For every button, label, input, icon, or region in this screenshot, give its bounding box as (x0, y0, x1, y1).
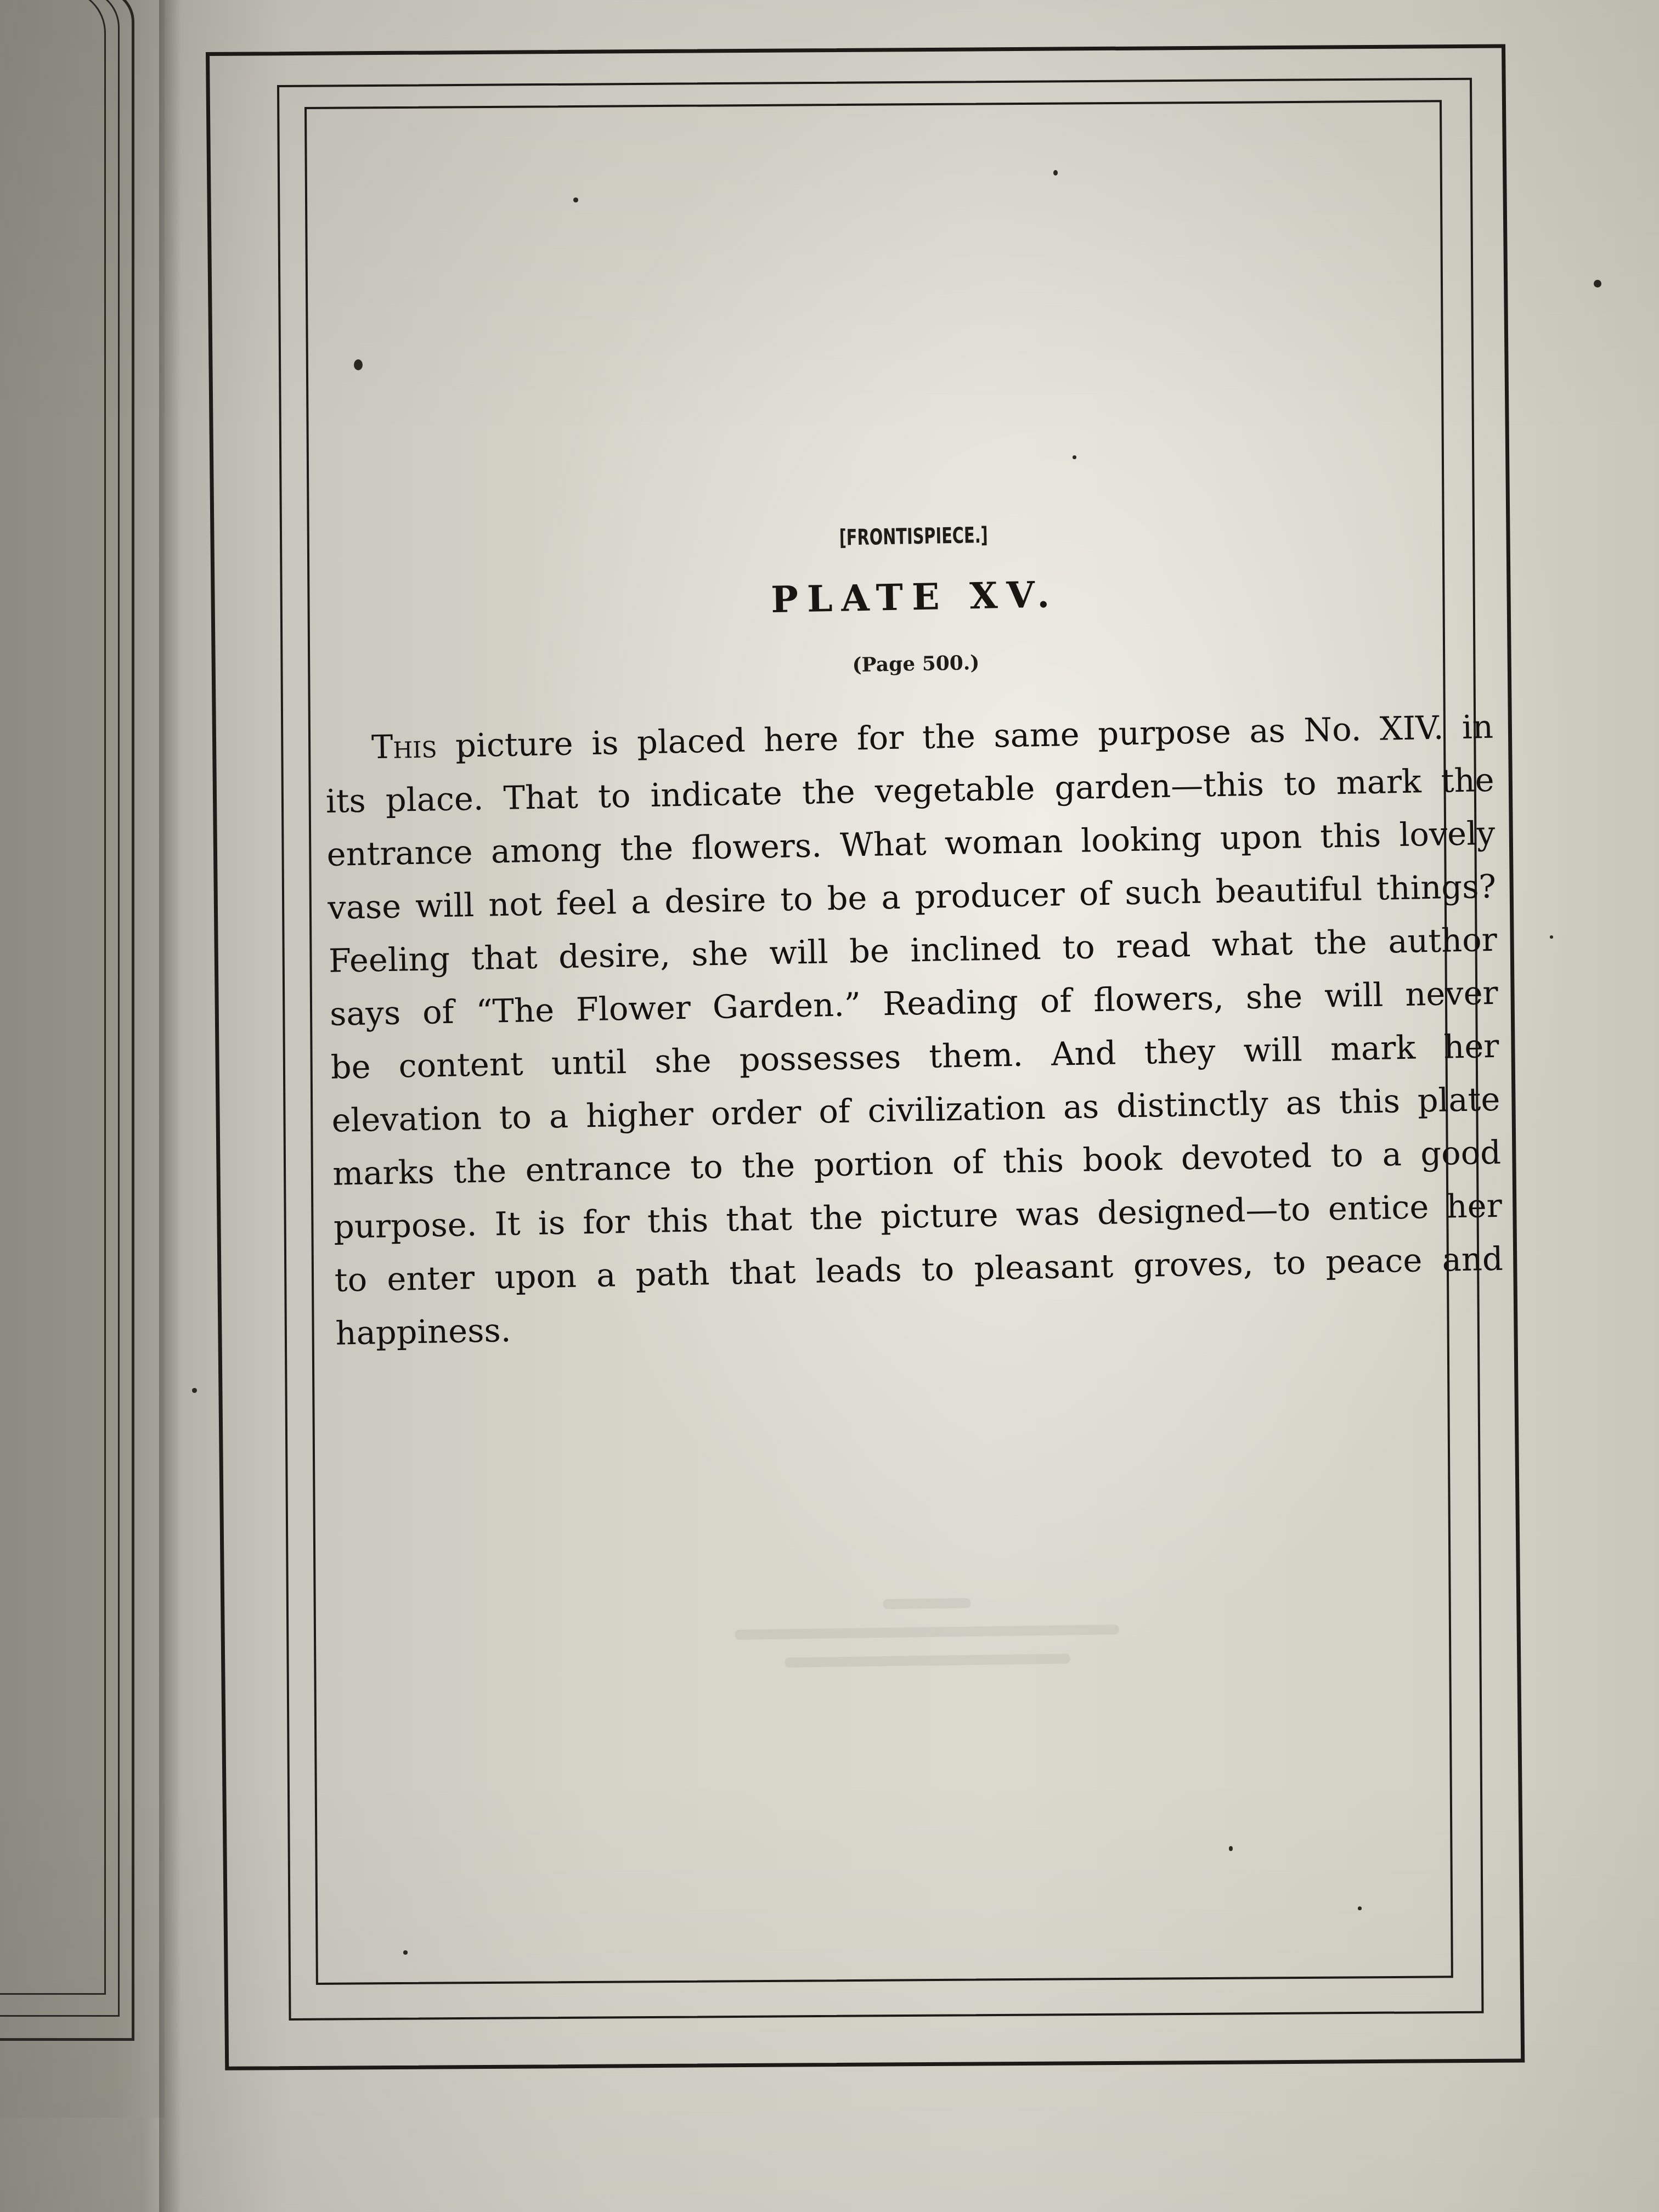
bleed-through-line (883, 1598, 970, 1609)
bleed-through-marks (707, 1577, 1148, 1687)
paper-speck (1358, 1906, 1362, 1910)
paper-speck (1550, 935, 1553, 939)
bleed-through-line (735, 1624, 1119, 1640)
paper-speck (461, 752, 464, 757)
description-paragraph: This picture is placed here for the same… (324, 699, 1521, 1359)
bleed-through-line (785, 1654, 1070, 1667)
page-text-block: [FRONTISPIECE.] PLATE XV. (Page 500.) Th… (321, 513, 1521, 1359)
paper-speck (1053, 170, 1058, 176)
paper-speck (403, 1950, 408, 1955)
page-reference: (Page 500.) (323, 641, 1508, 686)
left-page-border-inner (0, 0, 106, 1995)
book-page: [FRONTISPIECE.] PLATE XV. (Page 500.) Th… (165, 0, 1659, 2212)
paper-speck (573, 198, 578, 202)
lead-word: This (371, 727, 437, 766)
paper-speck (354, 359, 363, 370)
paper-speck (1229, 1846, 1233, 1851)
paper-speck (1073, 455, 1076, 459)
paper-speck (192, 1388, 197, 1393)
paper-speck (1594, 280, 1601, 287)
plate-title: PLATE XV. (322, 565, 1508, 629)
left-page (0, 0, 165, 2118)
